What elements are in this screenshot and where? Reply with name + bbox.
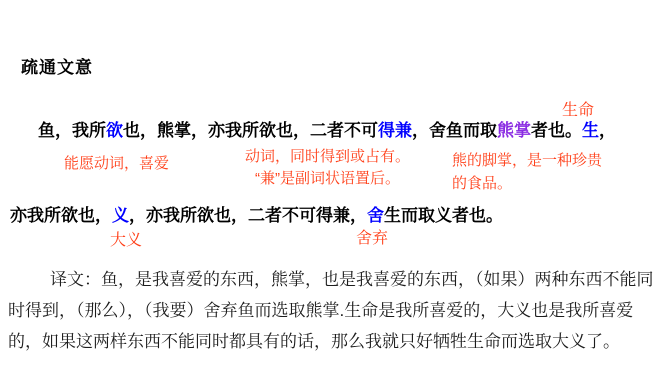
s2-segment: 亦我所欲也，	[10, 206, 112, 225]
translation-line-3: 的，如果这两样东西不能同时都具有的话，那么我就只好牺牲生命而选取大义了。	[8, 326, 654, 357]
gloss-yu: 能愿动词，喜爱	[64, 152, 169, 173]
s1-segment: 也，熊掌，亦我所欲也，二者不可	[123, 121, 378, 140]
s1-segment-highlight-dejian: 得兼	[378, 121, 412, 140]
s1-segment-highlight-yu: 欲	[106, 121, 123, 140]
s1-segment-highlight-sheng: 生	[582, 121, 599, 140]
classical-text-line-2: 亦我所欲也，义，亦我所欲也，二者不可得兼，舍生而取义者也。	[10, 201, 503, 226]
gloss-sheqi: 舍弃	[356, 225, 388, 248]
s1-segment: 者也。	[531, 121, 582, 140]
gloss-dejian: 动词，同时得到或占有。 “兼”是副词状语置后。	[245, 146, 410, 190]
s2-segment-highlight-she: 舍	[367, 206, 384, 225]
translation-line-1: 译文：鱼，是我喜爱的东西，熊掌，也是我喜爱的东西，（如果）两种东西不能同	[8, 264, 654, 295]
gloss-dejian-line1: 动词，同时得到或占有。	[245, 146, 410, 168]
gloss-xiongzhang-line2: 的食品。	[452, 172, 602, 195]
gloss-xiongzhang: 熊的脚掌，是一种珍贵 的食品。	[452, 149, 602, 195]
translation-line-2: 时得到，（那么），（我要）舍弃鱼而选取熊掌.生命是我所喜爱的，大义也是我所喜爱	[8, 295, 654, 326]
s1-segment: 鱼，我所	[38, 121, 106, 140]
s1-segment-highlight-xiongzhang: 熊掌	[497, 121, 531, 140]
gloss-dayi: 大义	[110, 227, 142, 250]
s1-segment: ，	[599, 121, 616, 140]
s2-segment: 生而取义者也。	[384, 206, 503, 225]
lesson-slide: 疏通文意 生命 鱼，我所欲也，熊掌，亦我所欲也，二者不可得兼，舍鱼而取熊掌者也。…	[0, 0, 668, 376]
s2-segment: ，亦我所欲也，二者不可得兼，	[129, 206, 367, 225]
gloss-xiongzhang-line1: 熊的脚掌，是一种珍贵	[452, 149, 602, 172]
classical-text-line-1: 鱼，我所欲也，熊掌，亦我所欲也，二者不可得兼，舍鱼而取熊掌者也。生，	[38, 116, 616, 141]
s2-segment-highlight-yi: 义	[112, 206, 129, 225]
translation-paragraph: 译文：鱼，是我喜爱的东西，熊掌，也是我喜爱的东西，（如果）两种东西不能同 时得到…	[8, 264, 654, 357]
s1-segment: ，舍鱼而取	[412, 121, 497, 140]
gloss-dejian-line2: “兼”是副词状语置后。	[245, 168, 410, 190]
page-title: 疏通文意	[21, 53, 93, 78]
